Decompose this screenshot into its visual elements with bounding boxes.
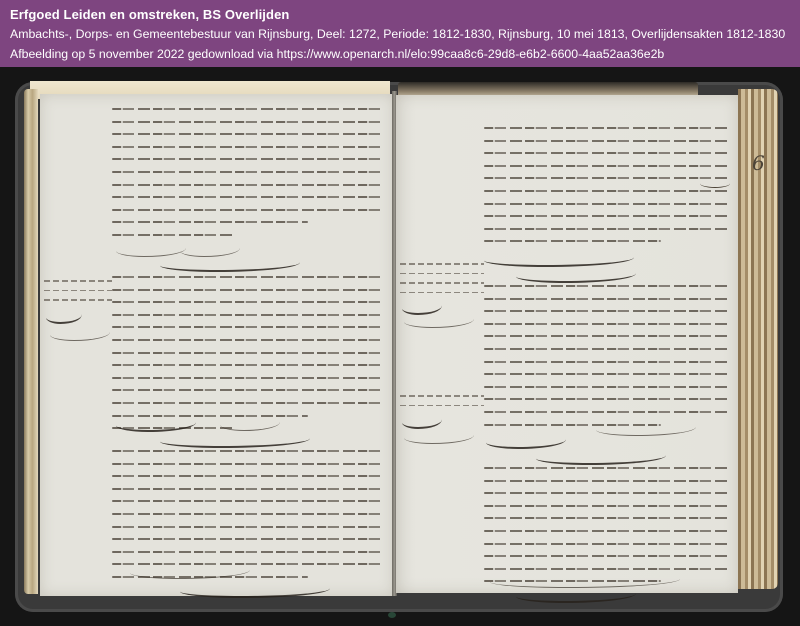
margin-signature: [404, 313, 474, 328]
margin-signature: [402, 413, 442, 429]
margin-signature: [46, 308, 82, 324]
right-entry-1: [484, 127, 730, 253]
signature: [180, 242, 240, 257]
scanned-register-image: 6: [0, 67, 800, 626]
folio-number: 6: [752, 151, 765, 175]
margin-signature: [50, 326, 110, 341]
registrar-signature: [516, 267, 636, 283]
archive-title: Erfgoed Leiden en omstreken, BS Overlijd…: [10, 6, 790, 24]
right-page: [396, 95, 738, 593]
margin-note: [400, 263, 484, 301]
signature: [116, 242, 186, 257]
ink-stain: [388, 612, 396, 618]
ink-flourish: [700, 179, 730, 188]
left-page-stack: [24, 89, 38, 594]
margin-note: [44, 280, 112, 309]
registrar-signature: [160, 432, 310, 448]
signature: [486, 433, 566, 449]
registrar-signature: [160, 256, 300, 272]
registrar-signature: [180, 582, 330, 598]
record-header: Erfgoed Leiden en omstreken, BS Overlijd…: [0, 0, 800, 67]
right-entry-2: [484, 285, 730, 436]
margin-signature: [404, 429, 474, 444]
download-info: Afbeelding op 5 november 2022 gedownload…: [10, 44, 790, 64]
left-entry-1: [112, 108, 384, 247]
registrar-signature: [536, 449, 666, 465]
left-page: [40, 94, 394, 596]
signature: [484, 251, 634, 267]
margin-note: [400, 395, 484, 414]
record-description: Ambachts-, Dorps- en Gemeentebestuur van…: [10, 24, 790, 44]
